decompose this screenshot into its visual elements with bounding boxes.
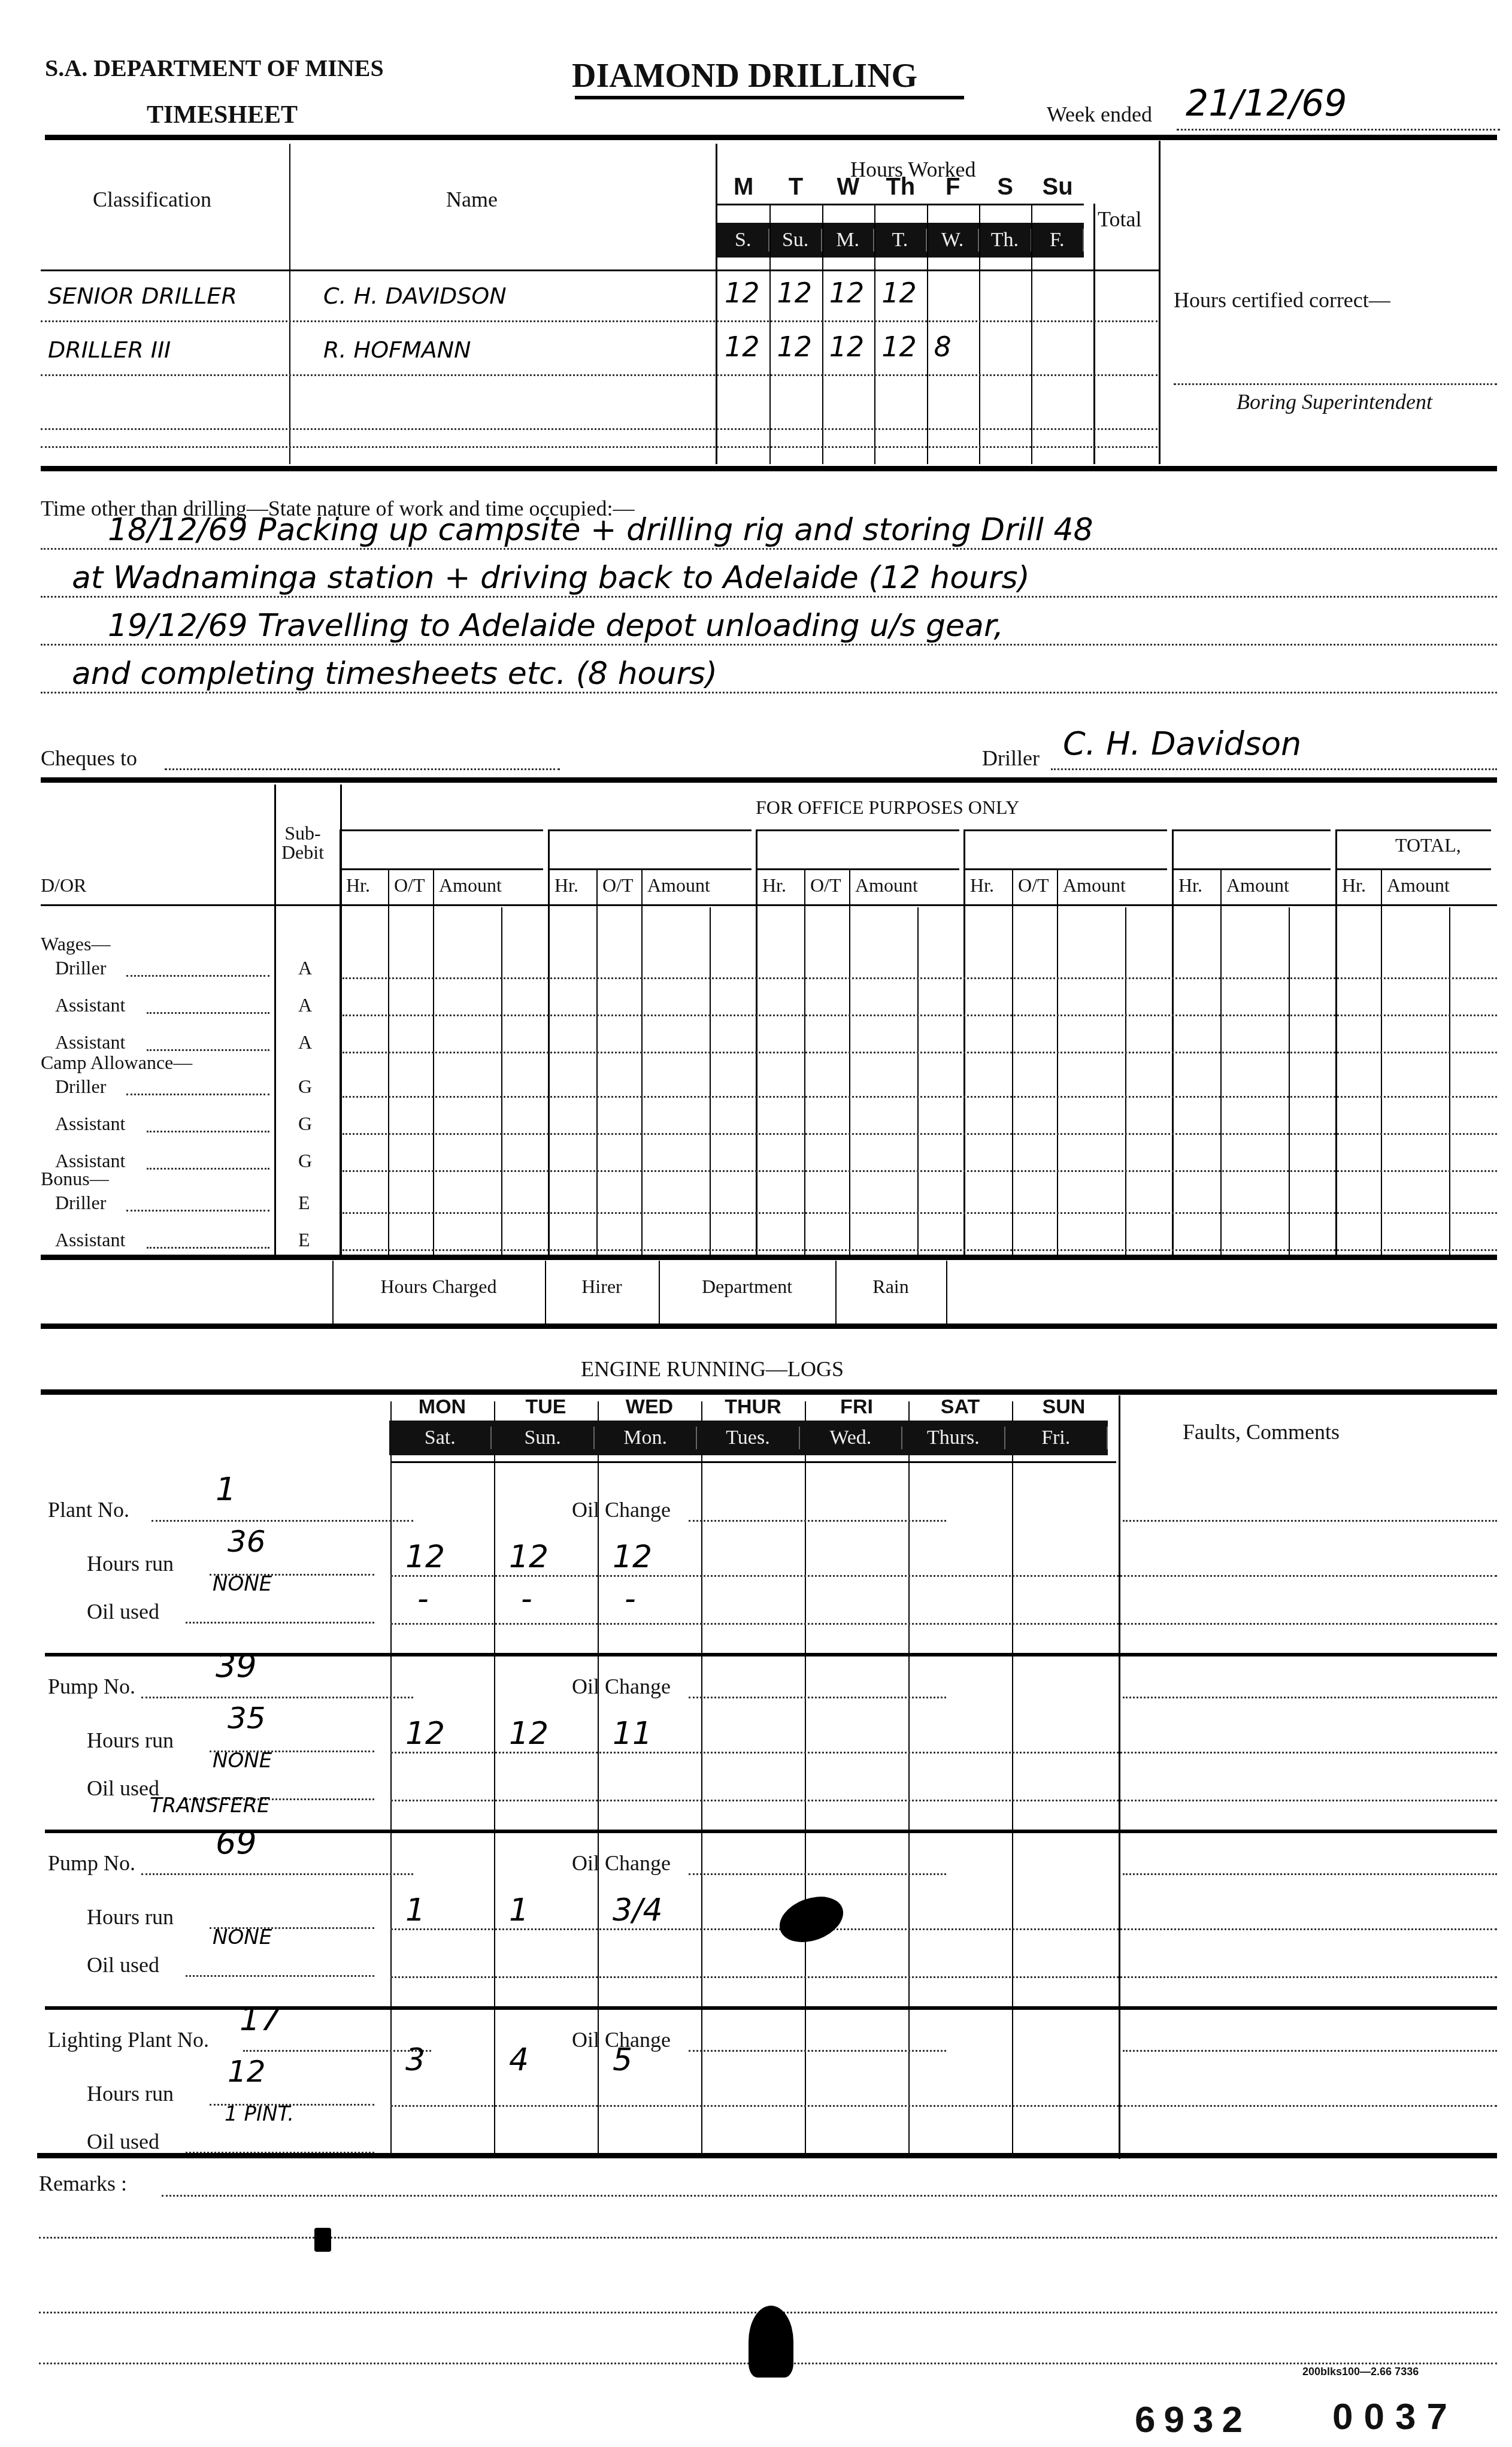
day-header: M (717, 174, 769, 201)
group-sub-rule (1174, 868, 1331, 870)
leader-dots (147, 1247, 269, 1249)
classification-cell[interactable]: DRILLER III (48, 337, 171, 363)
oil-used-total[interactable]: NONE (213, 1749, 272, 1773)
table-header-rule (41, 269, 1160, 271)
engine-days-shaded-band: Sat.Sun.Mon.Tues.Wed.Thurs.Fri. (389, 1421, 1108, 1455)
certified-signature-line (1174, 383, 1497, 385)
hours-row-line (390, 1928, 1497, 1930)
leader-dots (147, 1131, 269, 1132)
engine-day-header: WED (598, 1395, 701, 1419)
day-header: W (822, 174, 874, 201)
hours-run-total[interactable]: 36 (228, 1524, 266, 1559)
oil-change-label: Oil Change (572, 1851, 671, 1876)
other-time-bottom-rule (41, 777, 1497, 783)
leader-dots (186, 1622, 374, 1624)
other-time-entry[interactable]: and completing timesheets etc. (8 hours) (72, 656, 717, 692)
cheques-to-field[interactable] (165, 768, 560, 770)
office-heading: FOR OFFICE PURPOSES ONLY (756, 797, 1019, 819)
day-band-label: F. (1032, 229, 1084, 252)
charges-bottom-rule (41, 1324, 1497, 1329)
daily-hours-cell[interactable]: 4 (509, 2042, 529, 2078)
col-divider (274, 785, 276, 1255)
hours-cell[interactable]: 12 (725, 277, 760, 309)
office-row-label: Driller (55, 957, 106, 979)
oil-used-label: Oil used (87, 1776, 159, 1801)
daily-hours-cell[interactable]: 12 (509, 1716, 549, 1752)
group-sub-rule (550, 868, 752, 870)
driller-label: Driller (982, 746, 1040, 771)
oil-used-label: Oil used (87, 1599, 159, 1624)
leader-dots (147, 1012, 269, 1014)
hours-row-line (390, 2105, 1497, 2107)
office-row-line (343, 1170, 1497, 1172)
charge-col-label: Rain (835, 1276, 946, 1298)
engine-band-label: Mon. (595, 1427, 697, 1449)
hours-run-label: Hours run (87, 1904, 174, 1930)
office-col-header: Amount (855, 874, 918, 897)
day-divider (927, 204, 928, 464)
engine-day-header: FRI (805, 1395, 908, 1419)
oil-used-label: Oil used (87, 2129, 159, 2154)
engine-day-header: THUR (701, 1395, 805, 1419)
daily-hours-cell[interactable]: 5 (613, 2042, 632, 2078)
days-shaded-band: S.Su.M.T.W.Th.F. (717, 223, 1084, 258)
hours-row-line (390, 1752, 1497, 1754)
hours-run-total[interactable]: 35 (228, 1701, 266, 1736)
group-top-rule (341, 829, 543, 831)
engine-day-header: SAT (908, 1395, 1012, 1419)
remarks-line-2[interactable] (39, 2237, 1497, 2239)
office-row-line (343, 1052, 1497, 1053)
office-row-label: Assistant (55, 994, 125, 1016)
hours-run-label: Hours run (87, 1551, 174, 1576)
col-divider (1093, 204, 1095, 464)
office-col-header: O/T (1018, 874, 1049, 897)
daily-oil-cell[interactable]: - (417, 1581, 429, 1617)
hours-cell[interactable]: 12 (881, 331, 917, 363)
engine-band-label: Wed. (800, 1427, 902, 1449)
group-divider (340, 829, 341, 1255)
total-header: Total (1098, 207, 1141, 232)
row-line (41, 428, 1158, 430)
form-subtitle: TIMESHEET (147, 101, 298, 129)
entry-line (41, 548, 1497, 550)
row-line (41, 320, 1158, 322)
charge-col-label: Hours Charged (332, 1276, 545, 1298)
leader-dots (147, 1168, 269, 1170)
week-ended-value[interactable]: 21/12/69 (1186, 83, 1347, 125)
subdebit-code: A (298, 957, 312, 979)
office-col-header: O/T (810, 874, 841, 897)
hours-cell[interactable]: 12 (777, 277, 812, 309)
document-number-right: 0037 (1332, 2395, 1458, 2438)
other-time-entry[interactable]: 19/12/69 Travelling to Adelaide depot un… (108, 608, 1004, 644)
day-divider (822, 204, 823, 464)
group-sub-rule (965, 868, 1167, 870)
unit-number-value[interactable]: 69 (216, 1824, 257, 1861)
section-divider (45, 1653, 1497, 1656)
ink-blot (314, 2228, 331, 2252)
office-row-line (343, 977, 1497, 979)
group-top-rule (1337, 829, 1491, 831)
subcol-divider (1381, 868, 1382, 1255)
engine-day-header: SUN (1012, 1395, 1116, 1419)
day-band-label: T. (874, 229, 926, 252)
leader-dots (126, 1210, 269, 1212)
superintendent-label: Boring Superintendent (1237, 389, 1432, 414)
office-row-group: Bonus— (41, 1168, 109, 1190)
office-row-label: Driller (55, 1076, 106, 1098)
office-col-header: Hr. (1342, 874, 1366, 897)
office-bottom-rule (41, 1255, 1497, 1260)
section-divider (45, 1830, 1497, 1833)
office-col-header: Amount (439, 874, 502, 897)
office-row-group: Wages— (41, 933, 111, 955)
charge-col-label: Hirer (545, 1276, 659, 1298)
entry-line (41, 692, 1497, 693)
oil-change-field[interactable] (689, 1520, 946, 1522)
engine-band-label: Thurs. (902, 1427, 1005, 1449)
charge-divider (946, 1261, 947, 1324)
office-col-header: O/T (602, 874, 634, 897)
week-ended-label: Week ended (1047, 102, 1152, 127)
engine-heading: ENGINE RUNNING—LOGS (581, 1356, 844, 1382)
unit-number-value[interactable]: 39 (216, 1647, 257, 1685)
subdebit-code: A (298, 1031, 312, 1053)
faults-line[interactable] (1123, 1697, 1497, 1698)
subdebit-code: G (298, 1076, 312, 1098)
subcol-divider (1220, 868, 1222, 1255)
office-col-header: Amount (1226, 874, 1289, 897)
day-divider (1031, 204, 1032, 464)
hours-row-line (390, 1575, 1497, 1577)
office-row-line (343, 1212, 1497, 1214)
engine-day-divider (1012, 1401, 1013, 2153)
engine-day-divider (494, 1401, 495, 2153)
dor-label: D/OR (41, 874, 86, 897)
amount-cents-divider (501, 907, 502, 1255)
amount-cents-divider (1125, 907, 1126, 1255)
engine-band-label: Tues. (697, 1427, 799, 1449)
total-label: TOTAL, (1395, 834, 1461, 856)
faults-line[interactable] (1123, 1873, 1497, 1875)
subdebit-header: Sub-Debit (281, 823, 324, 862)
engine-unit-label: Pump No. (48, 1674, 135, 1699)
engine-bottom-rule (37, 2153, 1497, 2158)
col-divider (289, 144, 290, 464)
subdebit-code: E (298, 1229, 310, 1251)
day-band-label: S. (717, 229, 769, 252)
day-band-label: W. (927, 229, 979, 252)
office-col-header: Amount (1387, 874, 1450, 897)
office-col-header: Hr. (554, 874, 578, 897)
header-divider (45, 135, 1497, 140)
oil-change-field[interactable] (689, 1873, 946, 1875)
office-col-header: Amount (1063, 874, 1126, 897)
daily-oil-cell[interactable]: - (625, 1581, 636, 1617)
office-col-header: Amount (647, 874, 710, 897)
subcol-divider (433, 868, 434, 1255)
oil-used-total[interactable]: NONE (213, 1572, 272, 1596)
driller-signature-line (1051, 768, 1497, 770)
subcol-divider (388, 868, 389, 1255)
classification-header: Classification (93, 187, 211, 212)
engine-day-divider (805, 1401, 806, 2153)
document-number-left: 6932 (1135, 2398, 1251, 2441)
hours-run-total[interactable]: 12 (228, 2054, 266, 2089)
daily-hours-cell[interactable]: 1 (405, 1892, 425, 1928)
office-row-line (343, 1096, 1497, 1098)
other-time-entry[interactable]: 18/12/69 Packing up campsite + drilling … (108, 512, 1093, 548)
name-cell[interactable]: C. H. DAVIDSON (323, 283, 507, 309)
engine-band-label: Sun. (492, 1427, 594, 1449)
amount-cents-divider (917, 907, 919, 1255)
group-sub-rule (757, 868, 959, 870)
office-row-line (343, 1249, 1497, 1251)
office-col-header: Hr. (970, 874, 994, 897)
day-header: S (979, 174, 1031, 201)
oil-row-line (390, 1800, 1497, 1801)
charge-col-label: Department (659, 1276, 835, 1298)
week-ended-line (1177, 129, 1500, 131)
hours-cell[interactable]: 12 (725, 331, 760, 363)
oil-change-field[interactable] (689, 1697, 946, 1698)
remarks-line-1[interactable] (162, 2195, 1497, 2197)
engine-unit-label: Pump No. (48, 1851, 135, 1876)
office-col-header: Hr. (762, 874, 786, 897)
hours-certified-label: Hours certified correct— (1174, 287, 1390, 313)
day-band-label: Su. (769, 229, 822, 252)
office-row-label: Assistant (55, 1113, 125, 1135)
group-sub-rule (341, 868, 543, 870)
oil-used-label: Oil used (87, 1952, 159, 1977)
leader-dots (147, 1049, 269, 1051)
office-row-label: Assistant (55, 1031, 125, 1053)
entry-line (41, 596, 1497, 598)
office-row-group: Camp Allowance— (41, 1052, 192, 1074)
subcol-divider (804, 868, 805, 1255)
day-header: F (927, 174, 979, 201)
office-col-header: Hr. (346, 874, 370, 897)
unit-number-line (141, 1697, 413, 1698)
unit-number-value[interactable]: 17 (240, 2000, 281, 2038)
office-header-rule (41, 904, 1497, 906)
daily-hours-cell[interactable]: 12 (613, 1539, 652, 1575)
col-divider (1159, 141, 1160, 464)
amount-cents-divider (1289, 907, 1290, 1255)
oil-used-total[interactable]: NONE (213, 1925, 272, 1949)
row-line (41, 446, 1158, 448)
subcol-divider (1012, 868, 1013, 1255)
day-divider (874, 204, 875, 464)
print-code: 200blks100—2.66 7336 (1302, 2366, 1419, 2378)
leader-dots (126, 975, 269, 977)
row-line (41, 374, 1158, 376)
days-rule (717, 204, 1084, 205)
office-col-header: O/T (394, 874, 425, 897)
engine-band-label: Fri. (1005, 1427, 1108, 1449)
unit-number-line (141, 1873, 413, 1875)
oil-change-field[interactable] (689, 2050, 946, 2052)
department-label: S.A. DEPARTMENT OF MINES (45, 54, 384, 82)
title-underline (575, 96, 964, 99)
engine-day-header: MON (390, 1395, 494, 1419)
group-divider (756, 829, 757, 1255)
daily-hours-cell[interactable]: 3 (405, 2042, 425, 2078)
daily-hours-cell[interactable]: 3/4 (613, 1892, 663, 1928)
subdebit-code: G (298, 1150, 312, 1172)
day-divider (979, 204, 980, 464)
group-divider (1172, 829, 1174, 1255)
day-band-label: M. (822, 229, 874, 252)
engine-unit-label: Plant No. (48, 1497, 129, 1522)
classification-cell[interactable]: SENIOR DRILLER (48, 283, 237, 309)
day-header: Th (874, 174, 926, 201)
hours-cell[interactable]: 12 (829, 277, 865, 309)
entry-line (41, 644, 1497, 646)
leader-dots (126, 1094, 269, 1095)
hours-cell[interactable]: 12 (829, 331, 865, 363)
name-cell[interactable]: R. HOFMANN (323, 337, 471, 363)
subdebit-code: E (298, 1192, 310, 1214)
subcol-divider (641, 868, 643, 1255)
oil-used-total[interactable]: 1 PINT. (225, 2102, 294, 2126)
leader-dots (186, 1975, 374, 1977)
ink-blot (773, 1888, 849, 1950)
daily-oil-cell[interactable]: - (521, 1581, 532, 1617)
office-row-line (343, 1014, 1497, 1016)
hours-cell[interactable]: 8 (934, 331, 952, 363)
engine-day-divider (390, 1401, 392, 2153)
amount-cents-divider (710, 907, 711, 1255)
subdebit-code: A (298, 994, 312, 1016)
hours-run-label: Hours run (87, 1728, 174, 1753)
group-top-rule (965, 829, 1167, 831)
unit-number-note: TRANSFERE (150, 1794, 270, 1818)
office-row-label: Driller (55, 1192, 106, 1214)
form-title: DIAMOND DRILLING (572, 57, 917, 95)
office-row-label: Assistant (55, 1229, 125, 1251)
group-top-rule (757, 829, 959, 831)
engine-band-label: Sat. (389, 1427, 492, 1449)
daily-hours-cell[interactable]: 11 (613, 1716, 652, 1752)
group-divider (548, 829, 550, 1255)
faults-divider (1119, 1395, 1120, 2159)
day-header: Su (1031, 174, 1083, 201)
group-sub-rule (1337, 868, 1491, 870)
engine-day-header: TUE (494, 1395, 598, 1419)
engine-header-rule (390, 1461, 1116, 1463)
faults-line[interactable] (1123, 2050, 1497, 2052)
daily-hours-cell[interactable]: 12 (405, 1539, 445, 1575)
amount-cents-divider (1449, 907, 1450, 1255)
engine-top-rule (41, 1389, 1497, 1395)
office-col-header: Hr. (1178, 874, 1202, 897)
remarks-label: Remarks : (39, 2171, 127, 2196)
faults-line[interactable] (1123, 1520, 1497, 1522)
driller-signature[interactable]: C. H. Davidson (1063, 725, 1301, 762)
group-top-rule (550, 829, 752, 831)
daily-hours-cell[interactable]: 12 (405, 1716, 445, 1752)
office-row-line (343, 1133, 1497, 1135)
oil-change-label: Oil Change (572, 1674, 671, 1699)
unit-number-value[interactable]: 1 (216, 1470, 236, 1508)
oil-row-line (390, 1623, 1497, 1625)
engine-day-divider (701, 1401, 702, 2153)
day-band-label: Th. (979, 229, 1031, 252)
subcol-divider (1057, 868, 1058, 1255)
hours-cell[interactable]: 12 (881, 277, 917, 309)
unit-number-line (151, 1520, 413, 1522)
hours-table-bottom-rule (41, 466, 1497, 471)
subdebit-code: G (298, 1113, 312, 1135)
hours-run-label: Hours run (87, 2081, 174, 2106)
group-top-rule (1174, 829, 1331, 831)
cheques-to-label: Cheques to (41, 746, 137, 771)
day-divider (769, 204, 771, 464)
group-divider (963, 829, 965, 1255)
subcol-divider (596, 868, 598, 1255)
oil-change-label: Oil Change (572, 1497, 671, 1522)
name-header: Name (446, 187, 498, 212)
other-time-entry[interactable]: at Wadnaminga station + driving back to … (72, 560, 1030, 596)
group-divider (1335, 829, 1337, 1255)
ink-blot (749, 2306, 793, 2378)
daily-hours-cell[interactable]: 12 (509, 1539, 549, 1575)
faults-comments-header: Faults, Comments (1183, 1419, 1340, 1444)
hours-cell[interactable]: 12 (777, 331, 812, 363)
subcol-divider (849, 868, 850, 1255)
unit-number-line (243, 2050, 431, 2052)
day-header: T (769, 174, 822, 201)
daily-hours-cell[interactable]: 1 (509, 1892, 529, 1928)
oil-row-line (390, 1976, 1497, 1978)
engine-day-divider (908, 1401, 910, 2153)
engine-unit-label: Lighting Plant No. (48, 2027, 209, 2052)
